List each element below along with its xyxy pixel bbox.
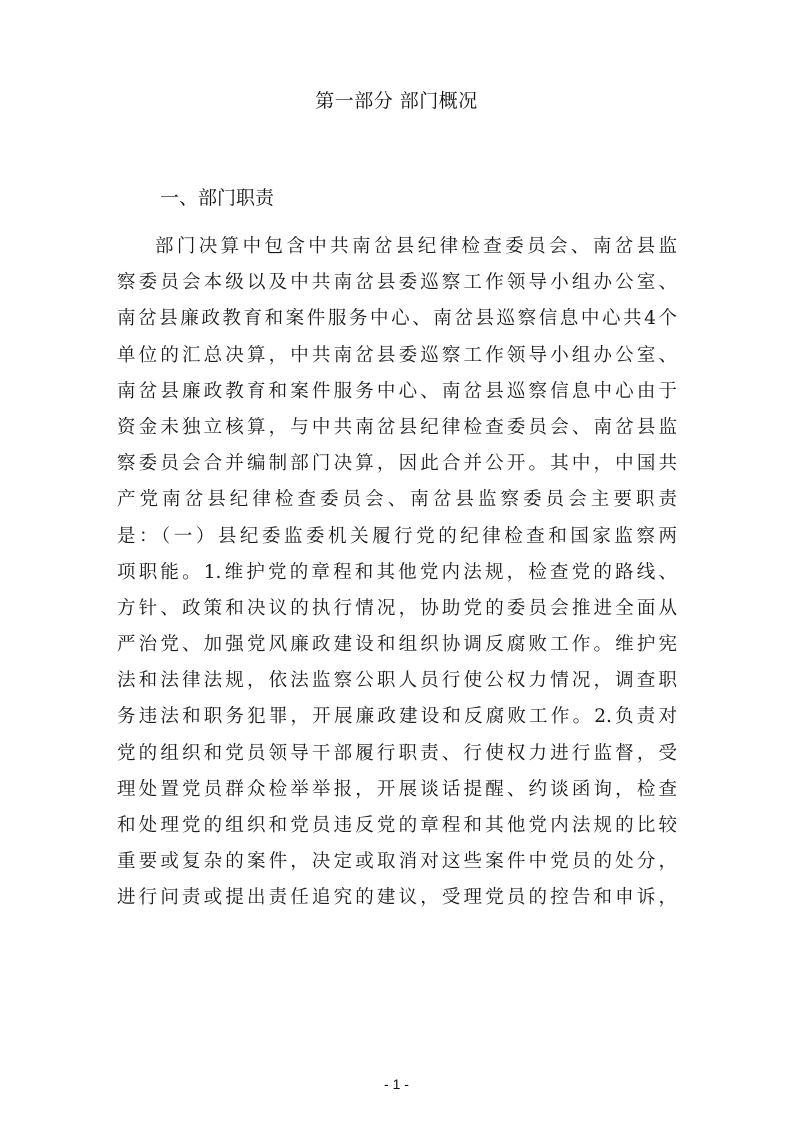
paragraph-line: 察委员会合并编制部门决算，因此合并公开。其中，中国共 xyxy=(117,446,677,482)
paragraph-line: 重要或复杂的案件，决定或取消对这些案件中党员的处分， xyxy=(117,844,677,880)
paragraph-line: 法和法律法规，依法监察公职人员行使公权力情况，调查职 xyxy=(117,663,677,699)
paragraph-line: 项职能。1.维护党的章程和其他党内法规，检查党的路线、 xyxy=(117,555,677,591)
part-title: 第一部分 部门概况 xyxy=(0,86,793,113)
paragraph-line: 方针、政策和决议的执行情况，协助党的委员会推进全面从 xyxy=(117,591,677,627)
paragraph-line: 产党南岔县纪律检查委员会、南岔县监察委员会主要职责 xyxy=(117,482,677,518)
section-heading: 一、部门职责 xyxy=(160,183,274,210)
paragraph-line: 南岔县廉政教育和案件服务中心、南岔县巡察信息中心由于 xyxy=(117,374,677,410)
paragraph-line: 务违法和职务犯罪，开展廉政建设和反腐败工作。2.负责对 xyxy=(117,699,677,735)
page-number: - 1 - xyxy=(0,1076,793,1092)
paragraph-line: 单位的汇总决算，中共南岔县委巡察工作领导小组办公室、 xyxy=(117,338,677,374)
paragraph-line: 部门决算中包含中共南岔县纪律检查委员会、南岔县监 xyxy=(117,229,677,265)
paragraph-line: 严治党、加强党风廉政建设和组织协调反腐败工作。维护宪 xyxy=(117,627,677,663)
paragraph-line: 是：（一）县纪委监委机关履行党的纪律检查和国家监察两 xyxy=(117,519,677,555)
paragraph-line: 和处理党的组织和党员违反党的章程和其他党内法规的比较 xyxy=(117,808,677,844)
paragraph-line: 理处置党员群众检举举报，开展谈话提醒、约谈函询，检查 xyxy=(117,772,677,808)
body-paragraph: 部门决算中包含中共南岔县纪律检查委员会、南岔县监 察委员会本级以及中共南岔县委巡… xyxy=(117,229,677,917)
paragraph-line: 党的组织和党员领导干部履行职责、行使权力进行监督，受 xyxy=(117,736,677,772)
paragraph-line: 资金未独立核算，与中共南岔县纪律检查委员会、南岔县监 xyxy=(117,410,677,446)
paragraph-line: 察委员会本级以及中共南岔县委巡察工作领导小组办公室、 xyxy=(117,265,677,301)
document-page: 第一部分 部门概况 一、部门职责 部门决算中包含中共南岔县纪律检查委员会、南岔县… xyxy=(0,0,793,1122)
paragraph-line: 南岔县廉政教育和案件服务中心、南岔县巡察信息中心共4个 xyxy=(117,301,677,337)
paragraph-line: 进行问责或提出责任追究的建议，受理党员的控告和申诉， xyxy=(117,880,677,916)
